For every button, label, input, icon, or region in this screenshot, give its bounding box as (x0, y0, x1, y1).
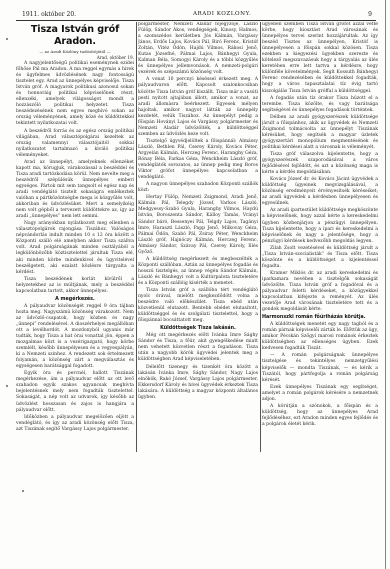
article-title: Tisza István gróf Aradon. (16, 24, 134, 48)
paragraph: A vonat 10 percnyi késéssel érkezett meg… (138, 77, 258, 137)
paragraph: — A román polgárságnak ünnepélyes tiszte… (262, 353, 378, 383)
scan-artifact (6, 38, 8, 40)
page-number: 9 (368, 11, 372, 18)
paragraph: A küldöttségek menetét egy nagy tagból é… (262, 322, 378, 352)
paragraph: A körútján a szónokok, a főispán és a kü… (262, 404, 378, 428)
paragraph: A fogadás után tíz órakor Tisza húzott e… (262, 96, 378, 114)
page-edge (385, 0, 386, 569)
paragraph: Az aradi ipartestület küldöttsége megkös… (262, 208, 378, 244)
newspaper-name: ARADI KOZLONY. (193, 11, 251, 17)
scan-artifact (6, 385, 8, 387)
paragraph: Kramer Miklós dr. az aradi kereskedelmi … (262, 271, 378, 313)
scan-artifact (22, 490, 24, 492)
paragraph: Egyik óra és percnél, hallott Tiszának m… (16, 371, 134, 413)
paragraph: Még ott megérkezés előtt Ivánka Imre Ság… (138, 333, 258, 363)
paragraph: A pályaudvar közönségét reggel 9 óra táj… (16, 304, 134, 371)
column-1: Tisza István gróf Aradon. — az Aradi Köz… (16, 22, 134, 492)
paragraph: A nagyjelentőségű politikai eseménynek e… (16, 61, 134, 128)
paragraph: ügyében szemben Tisza István grófot azza… (262, 22, 378, 95)
paragraph: A küldöttség megérkezett és megbeszélték… (138, 257, 258, 287)
newspaper-page: 1911. október 20. ARADI KOZLONY. 9 Tisza… (0, 0, 390, 569)
section-heading: Harmonszki román főúriházás körútja. (262, 314, 378, 321)
running-head: 1911. október 20. ARADI KOZLONY. 9 (22, 9, 372, 19)
column-divider (136, 22, 137, 452)
column-2: polgármester, Nemzeti Aladár főjegyzője,… (138, 22, 258, 472)
paragraph: Arad az ünnepélyt, amelyeknek ellenzéket… (16, 160, 134, 220)
paragraph: Zilah Zsolt vezetésével és küldöttség já… (262, 246, 378, 270)
paragraph: Tisza gróf válaszolva kijelentette, hogy… (262, 152, 378, 176)
column-3: ügyében szemben Tisza István grófot azza… (262, 22, 378, 447)
paragraph: A beszédről forrás és az egész ország po… (16, 129, 134, 159)
section-heading: Küldöttségek Tisza lakásán. (138, 325, 258, 332)
paragraph: Délben az aradi gyógyszerészek küldöttsé… (262, 115, 378, 151)
paragraph: Tisztelgő ügyvédjelöltek a főispánnál: A… (138, 139, 258, 181)
paragraph: Tisza István gróf a szállóba tért vendég… (138, 288, 258, 324)
paragraph: Ezek ünnepélyes Tiszának egy segítséget,… (262, 385, 378, 403)
paragraph: Tisza beszédének korlát kívülről a helyz… (16, 277, 134, 295)
paragraph: Kovács József dr. és Kovács Jácint ügyvé… (262, 177, 378, 207)
names-list: Hertay Fülöp, Nemzeti Zsigmond, Aradi Je… (138, 195, 258, 255)
header-rule (16, 20, 376, 21)
section-heading: A megérkezés. (16, 296, 134, 303)
paragraph: polgármester, Nemzeti Aladár főjegyzője,… (138, 22, 258, 76)
column-divider (260, 22, 261, 452)
paragraph: Délelőtt tizenegy és tizenkét óra között… (138, 365, 258, 401)
paragraph: Nagy arányokban nyilatkozott meg ellenbe… (16, 221, 134, 275)
issue-date: 1911. október 20. (22, 11, 76, 18)
paragraph: A nagyon ünnepélyes szabadon Központi sz… (138, 182, 258, 194)
paragraph: Időközben a pályaudvar megelőzően eljött… (16, 415, 134, 433)
